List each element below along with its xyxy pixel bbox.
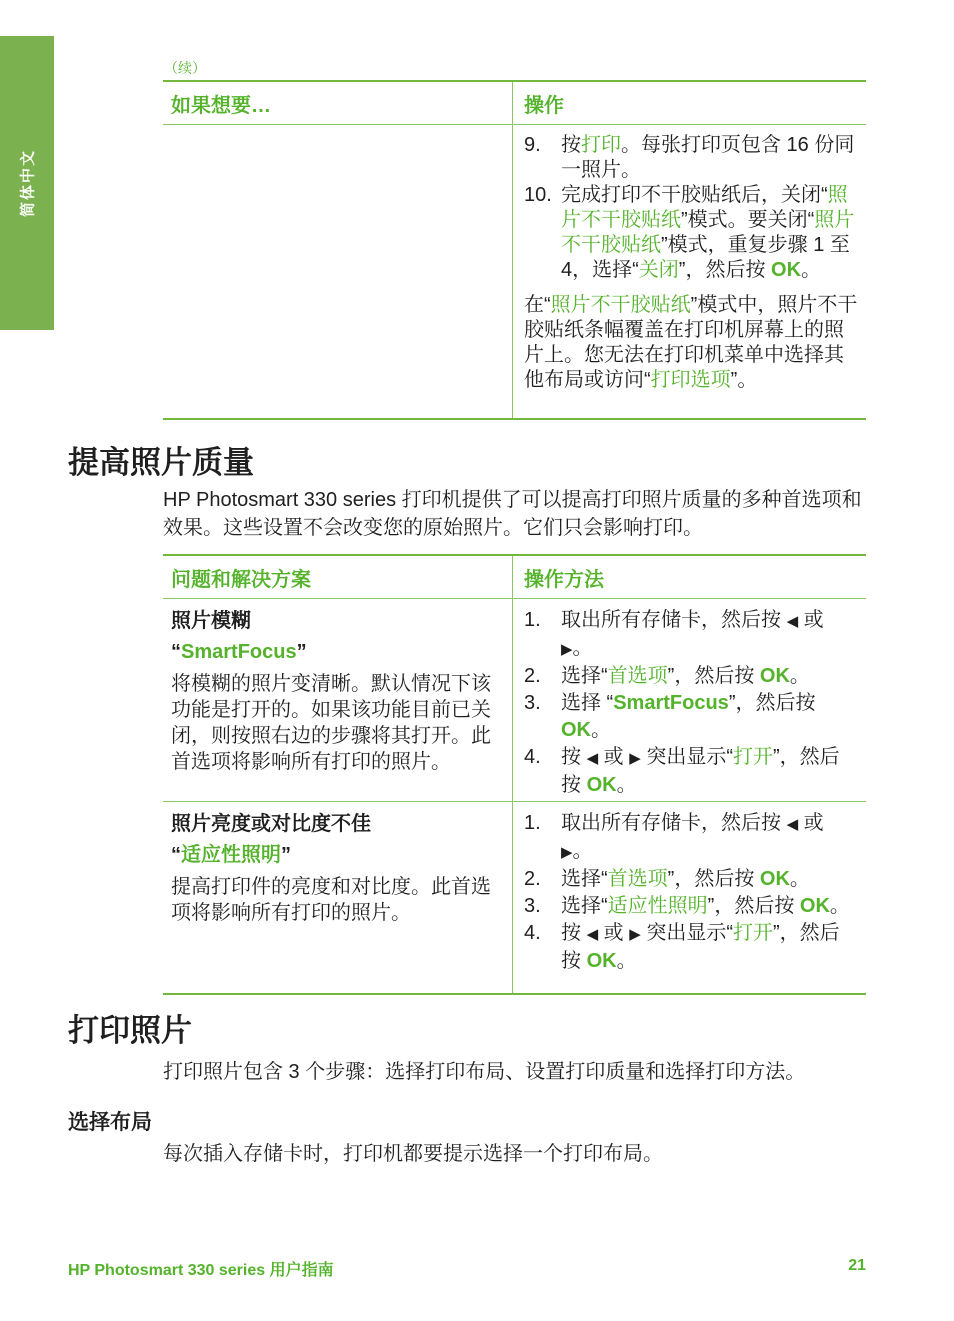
step-number: 9. [524, 133, 541, 158]
method-step-4: 4. 按 ◀ 或 ▶ 突出显示“打开”，然后按 OK。 [524, 920, 858, 975]
table1-right-cell: 9. 按打印。每张打印页包含 16 份同一照片。 10. 完成打印不干胶贴纸后，… [512, 125, 866, 418]
subsection-title-choose-layout: 选择布局 [68, 1106, 152, 1136]
arrow-right-icon: ▶ [561, 844, 573, 861]
arrow-right-icon: ▶ [629, 750, 641, 767]
step-text: 选择“适应性照明”，然后按 OK。 [561, 895, 850, 917]
choose-layout-intro: 每次插入存储卡时，打印机都要提示选择一个打印布局。 [163, 1140, 868, 1168]
step-text: 按 ◀ 或 ▶ 突出显示“打开”，然后按 OK。 [561, 922, 840, 972]
arrow-left-icon: ◀ [587, 750, 599, 767]
arrow-left-icon: ◀ [787, 613, 799, 630]
method-step-1: 1. 取出所有存储卡，然后按 ◀ 或 ▶。 [524, 810, 858, 866]
method-step-2: 2. 选择“首选项”，然后按 OK。 [524, 663, 858, 690]
step-text: 完成打印不干胶贴纸后，关闭“照片不干胶贴纸”模式。要关闭“照片不干胶贴纸”模式，… [561, 184, 854, 281]
step-text: 选择“首选项”，然后按 OK。 [561, 665, 810, 687]
problem-title: 照片亮度或对比度不佳 [171, 810, 502, 838]
arrow-right-icon: ▶ [629, 926, 641, 943]
arrow-left-icon: ◀ [587, 926, 599, 943]
language-edge-tab: 简体中文 [0, 36, 54, 330]
step-text: 取出所有存储卡，然后按 ◀ 或 ▶。 [561, 609, 824, 659]
problem-title: 照片模糊 [171, 607, 502, 635]
table2-header-method: 操作方法 [512, 556, 866, 598]
problem-description: 将模糊的照片变清晰。默认情况下该功能是打开的。如果该功能目前已关闭，则按照右边的… [171, 671, 502, 775]
step-number: 3. [524, 893, 541, 920]
feature-name: “适应性照明” [171, 838, 502, 872]
problem-description: 提高打印件的亮度和对比度。此首选项将影响所有打印的照片。 [171, 874, 502, 926]
footer-guide-title: HP Photosmart 330 series 用户指南 [68, 1257, 334, 1280]
continued-label: （续） [164, 58, 206, 78]
table1-header-row: 如果想要… 操作 [163, 82, 866, 125]
step-number: 1. [524, 607, 541, 634]
step-number: 1. [524, 810, 541, 837]
step-text: 按打印。每张打印页包含 16 份同一照片。 [561, 134, 854, 181]
step-text: 选择 “SmartFocus”，然后按 OK。 [561, 692, 815, 741]
table1-body-row: 9. 按打印。每张打印页包含 16 份同一照片。 10. 完成打印不干胶贴纸后，… [163, 125, 866, 418]
section-title-print-photos: 打印照片 [68, 1014, 192, 1048]
method-cell: 1. 取出所有存储卡，然后按 ◀ 或 ▶。 2. 选择“首选项”，然后按 OK。… [512, 802, 866, 993]
manual-page: 简体中文 （续） 如果想要… 操作 9. 按打印。每张打印页包含 16 份同一照… [0, 0, 954, 1321]
page-footer: HP Photosmart 330 series 用户指南 21 [68, 1257, 866, 1280]
page-number: 21 [848, 1257, 866, 1280]
method-step-3: 3. 选择“适应性照明”，然后按 OK。 [524, 893, 858, 920]
method-step-1: 1. 取出所有存储卡，然后按 ◀ 或 ▶。 [524, 607, 858, 663]
print-photos-intro: 打印照片包含 3 个步骤：选择打印布局、设置打印质量和选择打印方法。 [163, 1058, 868, 1086]
table-row-brightness-contrast: 照片亮度或对比度不佳 “适应性照明” 提高打印件的亮度和对比度。此首选项将影响所… [163, 801, 866, 993]
sticker-mode-note: 在“照片不干胶贴纸”模式中，照片不干胶贴纸条幅覆盖在打印机屏幕上的照片上。您无法… [524, 293, 858, 393]
arrow-right-icon: ▶ [561, 641, 573, 658]
table1-left-cell [163, 125, 512, 418]
table1-header-if-you-want: 如果想要… [163, 82, 512, 124]
arrow-left-icon: ◀ [787, 816, 799, 833]
problem-cell: 照片亮度或对比度不佳 “适应性照明” 提高打印件的亮度和对比度。此首选项将影响所… [163, 802, 512, 993]
method-cell: 1. 取出所有存储卡，然后按 ◀ 或 ▶。 2. 选择“首选项”，然后按 OK。… [512, 599, 866, 801]
language-tab-label: 简体中文 [17, 149, 38, 217]
method-step-2: 2. 选择“首选项”，然后按 OK。 [524, 866, 858, 893]
step-10: 10. 完成打印不干胶贴纸后，关闭“照片不干胶贴纸”模式。要关闭“照片不干胶贴纸… [524, 183, 858, 283]
sticker-steps-table: 如果想要… 操作 9. 按打印。每张打印页包含 16 份同一照片。 10. 完成… [163, 80, 866, 420]
problem-solution-table: 问题和解决方案 操作方法 照片模糊 “SmartFocus” 将模糊的照片变清晰… [163, 554, 866, 995]
table1-header-action: 操作 [512, 82, 866, 124]
step-number: 2. [524, 663, 541, 690]
step-number: 4. [524, 920, 541, 947]
feature-name: “SmartFocus” [171, 635, 502, 669]
step-number: 2. [524, 866, 541, 893]
method-step-4: 4. 按 ◀ 或 ▶ 突出显示“打开”，然后按 OK。 [524, 744, 858, 799]
step-number: 10. [524, 183, 552, 208]
table2-header-row: 问题和解决方案 操作方法 [163, 556, 866, 599]
problem-cell: 照片模糊 “SmartFocus” 将模糊的照片变清晰。默认情况下该功能是打开的… [163, 599, 512, 801]
step-text: 按 ◀ 或 ▶ 突出显示“打开”，然后按 OK。 [561, 746, 840, 796]
improve-quality-intro: HP Photosmart 330 series 打印机提供了可以提高打印照片质… [163, 486, 868, 542]
step-9: 9. 按打印。每张打印页包含 16 份同一照片。 [524, 133, 858, 183]
step-text: 选择“首选项”，然后按 OK。 [561, 868, 810, 890]
table-row-blurry-photos: 照片模糊 “SmartFocus” 将模糊的照片变清晰。默认情况下该功能是打开的… [163, 599, 866, 801]
table2-header-problem: 问题和解决方案 [163, 556, 512, 598]
step-number: 4. [524, 744, 541, 771]
step-text: 取出所有存储卡，然后按 ◀ 或 ▶。 [561, 812, 824, 862]
method-step-3: 3. 选择 “SmartFocus”，然后按 OK。 [524, 690, 858, 744]
step-number: 3. [524, 690, 541, 717]
section-title-improve-quality: 提高照片质量 [68, 446, 254, 480]
